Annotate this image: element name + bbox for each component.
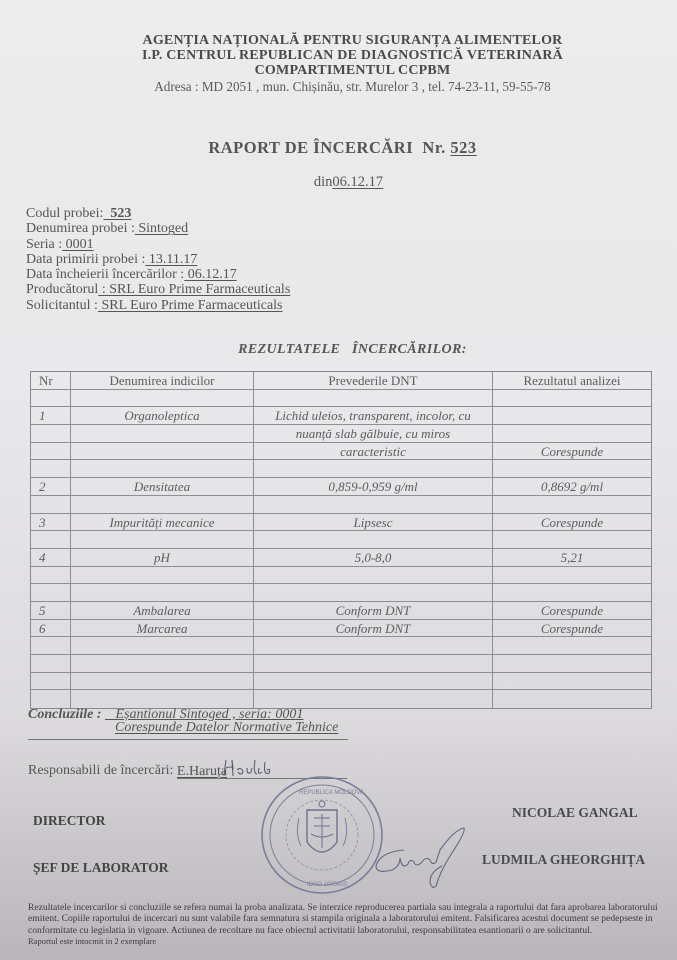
report-date-value: 06.12.17: [332, 174, 383, 190]
responsible-label: Responsabili de încercări:: [28, 763, 173, 778]
table-cell: [71, 655, 254, 672]
institution-name: I.P. CENTRUL REPUBLICAN DE DIAGNOSTICĂ V…: [0, 48, 677, 63]
table-cell: [71, 637, 254, 654]
table-cell: [71, 390, 254, 407]
table-cell: [493, 390, 651, 407]
table-cell: 0,8692 g/ml: [493, 478, 651, 495]
table-cell: [254, 637, 493, 654]
table-cell: [31, 690, 71, 708]
sample-field-value: Sintoged: [135, 221, 188, 236]
table-cell: [31, 390, 71, 407]
table-row: [31, 673, 651, 691]
table-cell: 4: [31, 549, 71, 566]
director-name: NICOLAE GANGAL: [512, 805, 638, 821]
table-cell: Corespunde: [493, 443, 651, 460]
lab-head-title: ȘEF DE LABORATOR: [33, 860, 169, 876]
column-header: Nr: [31, 372, 71, 389]
report-date-label: din: [314, 174, 333, 190]
sample-field-label: Codul probei:: [26, 206, 103, 221]
table-cell: [31, 637, 71, 654]
table-cell: [493, 496, 651, 513]
table-cell: [254, 673, 493, 690]
table-cell: [31, 655, 71, 672]
sample-fields: Codul probei: 523Denumirea probei : Sint…: [26, 206, 290, 313]
conclusions-label: Concluziile :: [28, 707, 102, 722]
table-cell: [71, 673, 254, 690]
conclusions-line-2: Corespunde Datelor Normative Tehnice: [115, 720, 338, 736]
table-row: 3Impurități mecaniceLipsescCorespunde: [31, 514, 651, 532]
sample-field-value: 06.12.17: [184, 267, 237, 282]
results-title: REZULTATELE ÎNCERCĂRILOR:: [0, 342, 677, 358]
sample-field-label: Data încheierii încercărilor :: [26, 267, 184, 282]
director-title: DIRECTOR: [33, 813, 106, 829]
table-cell: caracteristic: [254, 443, 493, 460]
table-row: 1OrganolepticaLichid uleios, transparent…: [31, 407, 651, 425]
table-cell: [71, 584, 254, 601]
table-header-row: NrDenumirea indicilorPrevederile DNTRezu…: [31, 372, 651, 390]
table-row: [31, 460, 651, 478]
lab-head-name: LUDMILA GHEORGHIȚA: [482, 852, 645, 868]
table-row: caracteristicCorespunde: [31, 443, 651, 461]
table-cell: [493, 637, 651, 654]
table-cell: Lipsesc: [254, 514, 493, 531]
sample-field-row: Solicitantul : SRL Euro Prime Farmaceuti…: [26, 298, 290, 313]
table-cell: [254, 655, 493, 672]
table-cell: Corespunde: [493, 514, 651, 531]
sample-field-label: Denumirea probei :: [26, 221, 135, 236]
sample-field-row: Data primirii probei : 13.11.17: [26, 252, 290, 267]
responsible-name: E.Haruța: [177, 764, 227, 779]
table-cell: [71, 443, 254, 460]
sample-field-row: Producătorul : SRL Euro Prime Farmaceuti…: [26, 282, 290, 297]
sample-field-value: 13.11.17: [145, 252, 197, 267]
column-header: Prevederile DNT: [254, 372, 493, 389]
sample-field-row: Codul probei: 523: [26, 206, 290, 221]
table-cell: [71, 690, 254, 708]
table-cell: [493, 655, 651, 672]
table-cell: [493, 690, 651, 708]
table-cell: 6: [31, 620, 71, 637]
table-cell: [71, 567, 254, 584]
sample-field-label: Seria :: [26, 237, 62, 252]
table-cell: [71, 460, 254, 477]
results-table: NrDenumirea indicilorPrevederile DNTRezu…: [30, 371, 652, 709]
table-row: [31, 496, 651, 514]
column-header: Rezultatul analizei: [493, 372, 651, 389]
table-cell: Impurități mecanice: [71, 514, 254, 531]
table-cell: Densitatea: [71, 478, 254, 495]
table-cell: [493, 584, 651, 601]
agency-address: Adresa : MD 2051 , mun. Chișinău, str. M…: [0, 78, 677, 95]
table-cell: [493, 407, 651, 424]
table-cell: Ambalarea: [71, 602, 254, 619]
table-cell: 1: [31, 407, 71, 424]
table-cell: [71, 531, 254, 548]
table-cell: [31, 460, 71, 477]
table-cell: [31, 425, 71, 442]
lab-test-report-page: AGENȚIA NAȚIONALĂ PENTRU SIGURANȚA ALIME…: [0, 0, 677, 960]
table-cell: [31, 673, 71, 690]
table-cell: 5,21: [493, 549, 651, 566]
report-title: RAPORT DE ÎNCERCĂRI Nr. 523: [0, 138, 677, 158]
table-cell: [31, 531, 71, 548]
table-row: [31, 690, 651, 708]
agency-name: AGENȚIA NAȚIONALĂ PENTRU SIGURANȚA ALIME…: [0, 33, 677, 48]
table-cell: 5: [31, 602, 71, 619]
sample-field-row: Denumirea probei : Sintoged: [26, 221, 290, 236]
table-row: [31, 655, 651, 673]
table-cell: 5,0-8,0: [254, 549, 493, 566]
table-cell: [254, 531, 493, 548]
table-cell: 0,859-0,959 g/ml: [254, 478, 493, 495]
table-row: [31, 637, 651, 655]
sample-field-value: 0001: [62, 237, 94, 252]
table-cell: [254, 690, 493, 708]
department-name: COMPARTIMENTUL CCPBM: [0, 63, 677, 78]
svg-text:IDNO 1005600: IDNO 1005600: [307, 882, 348, 888]
table-cell: [31, 567, 71, 584]
table-cell: [493, 531, 651, 548]
sample-field-label: Data primirii probei :: [26, 252, 145, 267]
table-cell: nuanță slab gălbuie, cu miros: [254, 425, 493, 442]
table-cell: Corespunde: [493, 620, 651, 637]
table-cell: Marcarea: [71, 620, 254, 637]
table-row: 5AmbalareaConform DNTCorespunde: [31, 602, 651, 620]
table-cell: Corespunde: [493, 602, 651, 619]
report-title-text: RAPORT DE ÎNCERCĂRI: [208, 138, 413, 157]
table-cell: Organoleptica: [71, 407, 254, 424]
table-row: 4pH5,0-8,05,21: [31, 549, 651, 567]
table-cell: 3: [31, 514, 71, 531]
table-cell: 2: [31, 478, 71, 495]
table-row: [31, 531, 651, 549]
sample-field-value: SRL Euro Prime Farmaceuticals: [98, 298, 283, 313]
svg-text:REPUBLICA MOLDOVA: REPUBLICA MOLDOVA: [299, 790, 364, 796]
table-row: [31, 567, 651, 585]
report-nr-label: Nr.: [422, 138, 445, 157]
table-cell: [493, 673, 651, 690]
table-row: [31, 584, 651, 602]
sample-field-label: Producătorul: [26, 282, 98, 297]
table-cell: [493, 567, 651, 584]
table-cell: [254, 584, 493, 601]
table-cell: Conform DNT: [254, 602, 493, 619]
table-cell: pH: [71, 549, 254, 566]
table-cell: Conform DNT: [254, 620, 493, 637]
sample-field-label: Solicitantul :: [26, 298, 98, 313]
table-cell: [254, 390, 493, 407]
table-cell: [31, 443, 71, 460]
sample-field-value: : SRL Euro Prime Farmaceuticals: [98, 282, 290, 297]
table-row: [31, 390, 651, 408]
sample-field-row: Data încheierii încercărilor : 06.12.17: [26, 267, 290, 282]
sample-field-row: Seria : 0001: [26, 237, 290, 252]
copies-note: Raportul este intocmit in 2 exemplare: [28, 936, 658, 947]
table-cell: [71, 496, 254, 513]
table-cell: [254, 567, 493, 584]
table-cell: [254, 460, 493, 477]
official-seal-icon: REPUBLICA MOLDOVA IDNO 1005600: [259, 774, 385, 901]
column-header: Denumirea indicilor: [71, 372, 254, 389]
table-row: 2Densitatea0,859-0,959 g/ml0,8692 g/ml: [31, 478, 651, 496]
report-date: din06.12.17: [0, 174, 677, 191]
table-row: nuanță slab gălbuie, cu miros: [31, 425, 651, 443]
table-cell: Lichid uleios, transparent, incolor, cu: [254, 407, 493, 424]
sample-field-value: 523: [103, 206, 131, 221]
table-cell: [31, 496, 71, 513]
table-cell: [71, 425, 254, 442]
table-cell: [31, 584, 71, 601]
legal-disclaimer: Rezultatele incercarilor si concluziile …: [28, 902, 658, 948]
conclusions: Concluziile : Eșantionul Sintoged , seri…: [28, 707, 303, 723]
agency-header: AGENȚIA NAȚIONALĂ PENTRU SIGURANȚA ALIME…: [0, 33, 677, 95]
lab-head-signature-icon: [370, 826, 470, 897]
table-row: 6MarcareaConform DNTCorespunde: [31, 620, 651, 638]
disclaimer-text: Rezultatele incercarilor si concluziile …: [28, 902, 658, 936]
report-number: 523: [450, 138, 476, 157]
table-cell: [493, 460, 651, 477]
table-cell: [254, 496, 493, 513]
table-cell: [493, 425, 651, 442]
